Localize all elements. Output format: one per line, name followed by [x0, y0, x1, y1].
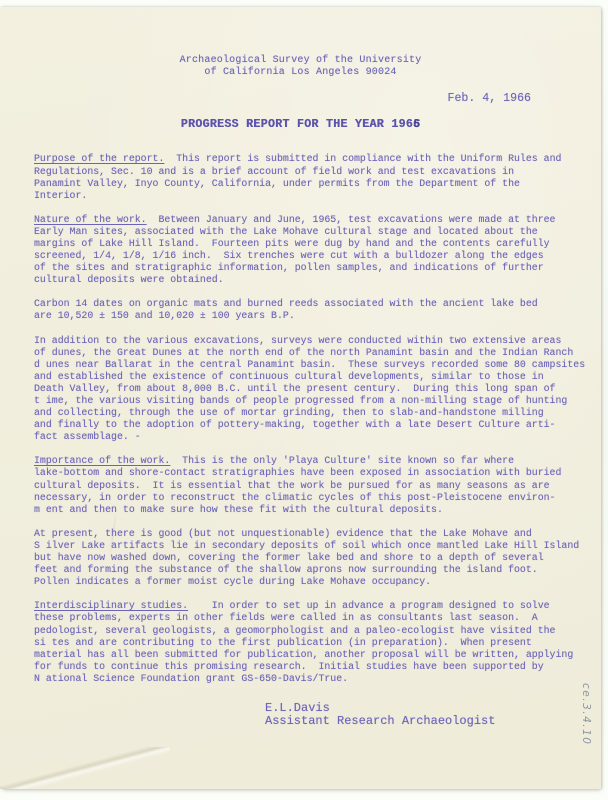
paragraph: Purpose of the report. This report is su…: [34, 153, 601, 201]
paragraph-line: are 10,520 ± 150 and 10,020 ± 100 years …: [34, 310, 601, 322]
paragraph-line: Panamint Valley, Inyo County, California…: [34, 178, 601, 190]
paragraph-line: margins of Lake Hill Island. Fourteen pi…: [34, 238, 601, 250]
paragraph-line: but have now washed down, covering the f…: [34, 552, 601, 564]
line-text: In order to set up in advance a program …: [188, 600, 549, 611]
paragraph-line: of the sites and stratigraphic informati…: [34, 262, 601, 274]
paragraph-line: and finally to the adoption of pottery-m…: [34, 419, 601, 431]
report-body: Purpose of the report. This report is su…: [0, 153, 601, 685]
line-text: Between January and June, 1965, test exc…: [147, 214, 556, 225]
paragraph-line: cultural deposits were obtained.: [34, 274, 601, 286]
paragraph-line: si tes and are contributing to the first…: [34, 637, 601, 649]
document-date: Feb. 4, 1966: [0, 92, 601, 105]
paragraph-line: necessary, in order to reconstruct the c…: [34, 492, 601, 504]
paragraph: At present, there is good (but not unque…: [34, 528, 601, 588]
paragraph-line: Death Valley, from about 8,000 B.C. unti…: [34, 383, 601, 395]
paper-crease: [0, 747, 170, 789]
document-page: Archaeological Survey of the University …: [0, 7, 601, 789]
paragraph-line: feet and forming the substance of the sh…: [34, 564, 601, 576]
organization-header: Archaeological Survey of the University …: [0, 7, 601, 79]
paragraph-line: pedologist, several geologists, a geomor…: [34, 625, 601, 637]
handwritten-catalog-number: ce.3.4.10: [580, 683, 592, 745]
section-heading: Importance of the work.: [34, 455, 170, 466]
organization-name-line1: Archaeological Survey of the University: [0, 55, 601, 67]
paragraph-line: of dunes, the Great Dunes at the north e…: [34, 347, 601, 359]
paragraph-line: Purpose of the report. This report is su…: [34, 153, 601, 165]
report-title: PROGRESS REPORT FOR THE YEAR 19665: [0, 118, 601, 131]
report-title-text: PROGRESS REPORT FOR THE YEAR 196: [181, 118, 413, 131]
paragraph: Importance of the work. This is the only…: [34, 455, 601, 515]
paragraph-line: screened, 1/4, 1/8, 1/16 inch. Six trenc…: [34, 250, 601, 262]
line-text: This report is submitted in compliance w…: [164, 153, 561, 164]
paragraph-line: for funds to continue this promising res…: [34, 661, 601, 673]
paragraph-line: N ational Science Foundation grant GS-65…: [34, 673, 601, 685]
section-heading: Purpose of the report.: [34, 153, 164, 164]
paragraph-line: fact assemblage. -: [34, 431, 601, 443]
paragraph-line: these problems, experts in other fields …: [34, 612, 601, 624]
paragraph-line: Early Man sites, associated with the Lak…: [34, 226, 601, 238]
signature-title: Assistant Research Archaeologist: [265, 715, 601, 729]
paragraph: Nature of the work. Between January and …: [34, 214, 601, 287]
paragraph-line: d unes near Ballarat in the central Pana…: [34, 359, 601, 371]
paragraph-line: Regulations, Sec. 10 and is a brief acco…: [34, 166, 601, 178]
paragraph-line: lake-bottom and shore-contact stratigrap…: [34, 467, 601, 479]
paragraph-line: and collecting, through the use of morta…: [34, 407, 601, 419]
paragraph-line: S ilver Lake artifacts lie in secondary …: [34, 540, 601, 552]
line-text: This is the only 'Playa Culture' site kn…: [170, 455, 514, 466]
paragraph-line: Importance of the work. This is the only…: [34, 455, 601, 467]
paragraph-line: and established the existence of continu…: [34, 371, 601, 383]
section-heading: Interdisciplinary studies.: [34, 600, 188, 611]
paragraph-line: At present, there is good (but not unque…: [34, 528, 601, 540]
signature-block: E.L.Davis Assistant Research Archaeologi…: [265, 702, 601, 729]
paragraph-line: Interior.: [34, 190, 601, 202]
paragraph-line: cultural deposits. It is essential that …: [34, 480, 601, 492]
paragraph-line: In addition to the various excavations, …: [34, 335, 601, 347]
overstruck-digit: 65: [413, 118, 420, 131]
paragraph: Interdisciplinary studies. In order to s…: [34, 600, 601, 685]
paragraph: In addition to the various excavations, …: [34, 335, 601, 444]
paragraph-line: Carbon 14 dates on organic mats and burn…: [34, 298, 601, 310]
paragraph-line: Nature of the work. Between January and …: [34, 214, 601, 226]
paragraph-line: material has all been submitted for publ…: [34, 649, 601, 661]
paragraph: Carbon 14 dates on organic mats and burn…: [34, 298, 601, 322]
section-heading: Nature of the work.: [34, 214, 147, 225]
paragraph-line: Interdisciplinary studies. In order to s…: [34, 600, 601, 612]
paragraph-line: t ime, the various visiting bands of peo…: [34, 395, 601, 407]
organization-name-line2: of California Los Angeles 90024: [0, 67, 601, 79]
paragraph-line: Pollen indicates a former moist cycle du…: [34, 576, 601, 588]
paragraph-line: m ent and then to make sure how these fi…: [34, 504, 601, 516]
date-text: Feb. 4, 1966: [448, 92, 532, 105]
